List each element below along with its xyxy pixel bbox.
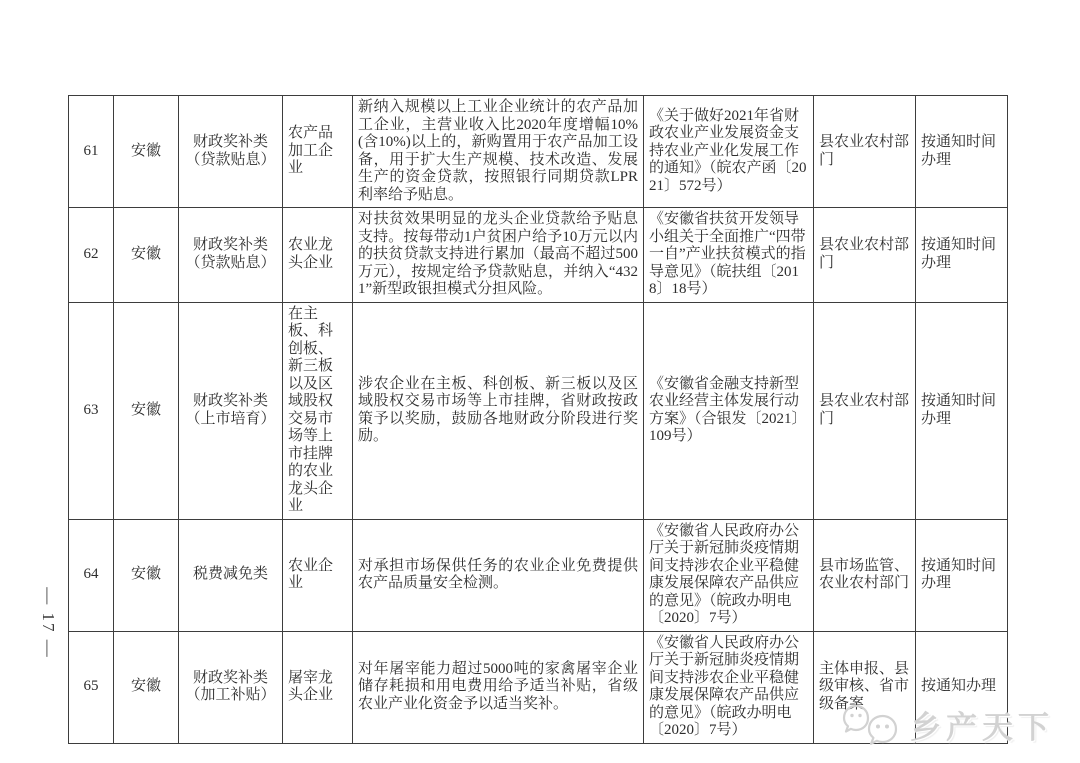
cell-processing-time: 按通知时间办理 [916,519,1008,631]
cell-category: 财政奖补类 （上市培育） [179,302,283,519]
cell-target: 在主板、科创板、新三板以及区域股权交易市场等上市挂牌的农业龙头企业 [283,302,353,519]
cell-department: 县农业农村部门 [814,208,916,303]
table-row: 64安徽税费减免类农业企业对承担市场保供任务的农业企业免费提供农产品质量安全检测… [69,519,1008,631]
cell-target: 农业企业 [283,519,353,631]
cell-processing-time: 按通知时间办理 [916,208,1008,303]
cell-department: 县农业农村部门 [814,96,916,208]
cell-policy-document: 《安徽省扶贫开发领导小组关于全面推广“四带一自”产业扶贫模式的指导意见》（皖扶组… [644,208,814,303]
cell-description: 新纳入规模以上工业企业统计的农产品加工企业，主营业收入比2020年度增幅10%(… [353,96,644,208]
cell-description: 对承担市场保供任务的农业企业免费提供农产品质量安全检测。 [353,519,644,631]
cell-category: 财政奖补类 （贷款贴息） [179,208,283,303]
cell-category: 财政奖补类 （加工补贴） [179,631,283,743]
cell-province: 安徽 [114,96,179,208]
cell-description: 涉农企业在主板、科创板、新三板以及区域股权交易市场等上市挂牌，省财政按政策予以奖… [353,302,644,519]
policy-table-body: 61安徽财政奖补类 （贷款贴息）农产品加工企业新纳入规模以上工业企业统计的农产品… [69,96,1008,744]
cell-no: 63 [69,302,114,519]
policy-table: 61安徽财政奖补类 （贷款贴息）农产品加工企业新纳入规模以上工业企业统计的农产品… [68,95,1008,744]
cell-department: 县农业农村部门 [814,302,916,519]
cell-province: 安徽 [114,631,179,743]
table-row: 63安徽财政奖补类 （上市培育）在主板、科创板、新三板以及区域股权交易市场等上市… [69,302,1008,519]
cell-policy-document: 《关于做好2021年省财政农业产业发展资金支持农业产业化发展工作的通知》（皖农产… [644,96,814,208]
cell-category: 税费减免类 [179,519,283,631]
cell-target: 农产品加工企业 [283,96,353,208]
cell-province: 安徽 [114,302,179,519]
watermark-text: 乡产天下 [910,702,1054,747]
cell-policy-document: 《安徽省人民政府办公厅关于新冠肺炎疫情期间支持涉农企业平稳健康发展保障农产品供应… [644,631,814,743]
cell-description: 对年屠宰能力超过5000吨的家禽屠宰企业储存耗损和用电费用给予适当补贴，省级农业… [353,631,644,743]
cell-department: 县市场监管、农业农村部门 [814,519,916,631]
cell-processing-time: 按通知时间办理 [916,96,1008,208]
cell-policy-document: 《安徽省金融支持新型农业经营主体发展行动方案》（合银发〔2021〕109号） [644,302,814,519]
table-row: 62安徽财政奖补类 （贷款贴息）农业龙头企业对扶贫效果明显的龙头企业贷款给予贴息… [69,208,1008,303]
cell-policy-document: 《安徽省人民政府办公厅关于新冠肺炎疫情期间支持涉农企业平稳健康发展保障农产品供应… [644,519,814,631]
cell-no: 64 [69,519,114,631]
page-number: — 17 — [36,584,58,662]
wechat-bubbles-icon [842,701,898,747]
cell-no: 65 [69,631,114,743]
cell-description: 对扶贫效果明显的龙头企业贷款给予贴息支持。按每带动1户贫困户给予10万元以内的扶… [353,208,644,303]
cell-no: 62 [69,208,114,303]
cell-province: 安徽 [114,519,179,631]
cell-province: 安徽 [114,208,179,303]
table-row: 61安徽财政奖补类 （贷款贴息）农产品加工企业新纳入规模以上工业企业统计的农产品… [69,96,1008,208]
watermark: 乡产天下 [842,701,1054,747]
cell-target: 屠宰龙头企业 [283,631,353,743]
cell-no: 61 [69,96,114,208]
cell-target: 农业龙头企业 [283,208,353,303]
cell-processing-time: 按通知时间办理 [916,302,1008,519]
cell-category: 财政奖补类 （贷款贴息） [179,96,283,208]
document-page: — 17 — 61安徽财政奖补类 （贷款贴息）农产品加工企业新纳入规模以上工业企… [0,0,1080,763]
